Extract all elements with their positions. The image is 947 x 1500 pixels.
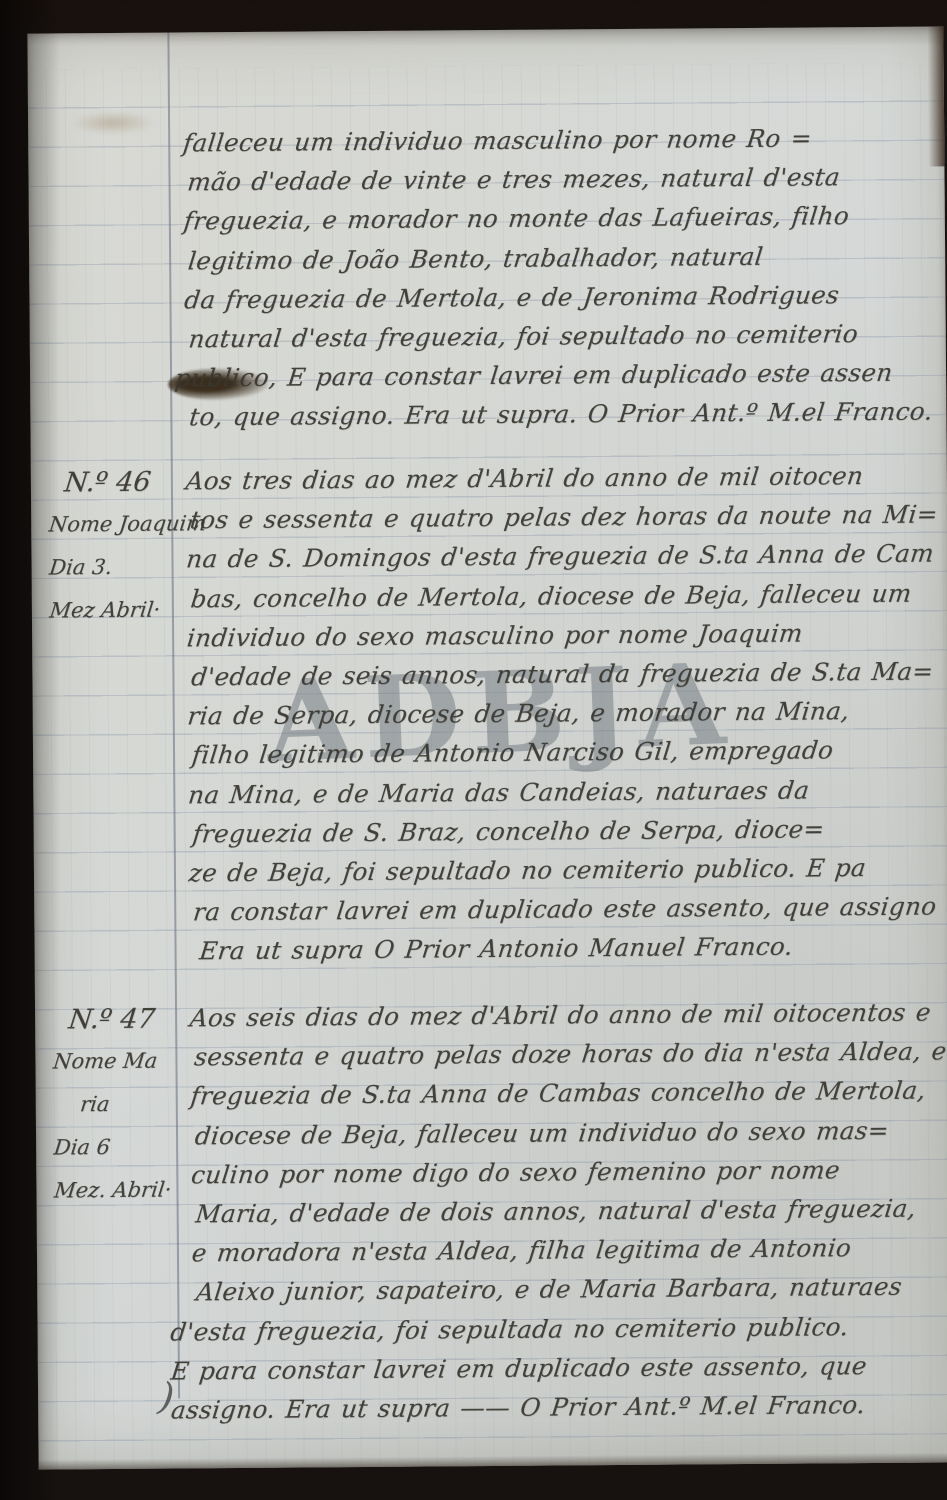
entry-body-line: diocese de Beja, falleceu um individuo d… [192,1115,947,1160]
entry-margin-note: N.º 46 [45,466,180,512]
entry-body-line: assigno. Era ut supra —— O Prior Ant.º M… [168,1389,947,1434]
entry-margin-note: Mez Abril· [46,597,181,641]
entry-margin-note: ria [50,1091,185,1135]
entry-body-line: freguezia, e morador no monte das Lafuei… [181,201,947,246]
entry-body-text: Aos seis dias do mez d'Abril do anno de … [187,997,947,1434]
entry-body-text: falleceu um individuo masculino por nome… [180,122,946,441]
entry-body-line: filho legitimo de Antonio Narciso Gil, e… [189,735,947,780]
entry-body-line: ze de Beja, foi sepultado no cemiterio p… [186,852,947,897]
entry-body-line: mão d'edade de vinte e tres mezes, natur… [185,162,947,207]
entry-margin-notes: N.º 46Nome JoaquimDia 3.Mez Abril· [45,466,176,641]
entry-body-text: Aos tres dias ao mez d'Abril do anno de … [183,460,947,975]
entry-body-line: falleceu um individuo masculino por nome… [180,122,947,167]
entry-body-line: E para constar lavrei em duplicado este … [168,1350,947,1395]
page-edge-shadow [927,26,944,166]
entry-body-line: to, que assigno. Era ut supra. O Prior A… [187,397,947,442]
entry-body-line: natural d'esta freguezia, foi sepultado … [186,318,947,363]
entry-body-line: freguezia de S.ta Anna de Cambas concelh… [188,1076,947,1121]
entry-margin-notes: N.º 47Nome Ma riaDia 6Mez. Abril· [49,1003,181,1221]
entry-body-line: Aos tres dias ao mez d'Abril do anno de … [183,460,947,505]
entry-body-line: d'esta freguezia, foi sepultada no cemit… [168,1311,947,1356]
entry-body-line: Aos seis dias do mez d'Abril do anno de … [187,997,947,1042]
entry-body-line: da freguezia de Mertola, e de Jeronima R… [182,279,947,324]
entry-margin-note: N.º 47 [49,1003,184,1049]
entry-body-line: d'edade de seis annos, natural da fregue… [189,656,947,701]
ink-smudge [70,111,156,136]
entry-body-line: Aleixo junior, sapateiro, e de Maria Bar… [193,1272,947,1317]
document-page: ADBJA ) falleceu um individuo masculino … [27,26,947,1469]
entry-margin-note: Dia 3. [46,554,181,598]
scan-background: ADBJA ) falleceu um individuo masculino … [0,0,947,1500]
entry-body-line: individuo do sexo masculino por nome Joa… [184,617,947,662]
entry-body-line: e moradora n'esta Aldea, filha legitima … [189,1232,947,1277]
entry-body-line: freguezia de S. Braz, concelho de Serpa,… [190,813,947,858]
entry-body-line: Era ut supra O Prior Antonio Manuel Fran… [197,931,947,976]
entry-margin-note: Nome Joaquim [45,511,180,555]
entry-body-line: publico, E para constar lavrei em duplic… [172,358,947,403]
entry-margin-note: Nome Ma [50,1048,185,1092]
entries-host: falleceu um individuo masculino por nome… [27,26,943,33]
entry-body-line: bas, concelho de Mertola, diocese de Bej… [188,578,947,623]
entry-body-line: ra constar lavrei em duplicado este asse… [190,891,947,936]
entry-body-line: ria de Serpa, diocese de Beja, e morador… [185,695,947,740]
entry-body-line: na de S. Domingos d'esta freguezia de S.… [184,539,947,584]
entry-body-line: na Mina, e de Maria das Candeias, natura… [186,774,947,819]
entry-body-line: culino por nome digo do sexo femenino po… [189,1154,947,1199]
entry-body-line: sessenta e quatro pelas doze horas do di… [192,1037,947,1082]
entry-body-line: tos e sessenta e quatro pelas dez horas … [187,500,947,545]
entry-margin-note: Mez. Abril· [51,1177,186,1221]
entry-margin-note: Dia 6 [50,1134,185,1178]
entry-body-line: legitimo de João Bento, trabalhador, nat… [185,240,947,285]
entry-body-line: Maria, d'edade de dois annos, natural d'… [193,1193,947,1238]
